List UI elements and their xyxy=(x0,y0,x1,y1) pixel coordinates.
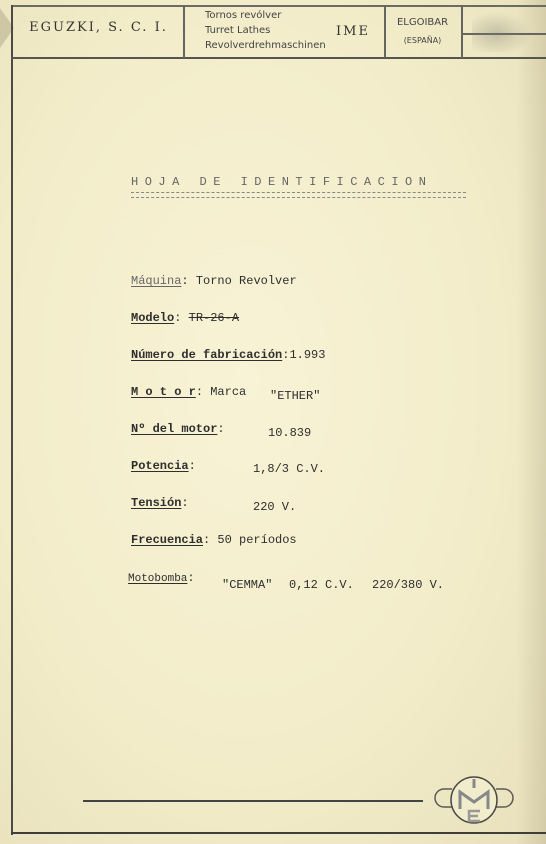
frame-left-border xyxy=(11,5,13,835)
field-label: Tensión xyxy=(131,496,181,510)
field-tension: Tensión: xyxy=(131,496,189,510)
field-label: Número de fabricación xyxy=(131,348,282,362)
field-tension-value: 220 V. xyxy=(253,500,296,514)
frame-bottom-border xyxy=(11,832,546,834)
field-motobomba: Motobomba: xyxy=(128,571,195,585)
product-en: Turret Lathes xyxy=(205,23,326,38)
brand-name: IME xyxy=(336,24,370,39)
field-potencia-value: 1,8/3 C.V. xyxy=(253,462,325,476)
field-value-prefix: Marca xyxy=(210,385,246,399)
field-value: 50 períodos xyxy=(217,533,296,547)
page-shadow xyxy=(516,0,546,844)
field-value: Torno Revolver xyxy=(196,274,297,288)
header-column-divider xyxy=(461,5,463,58)
field-modelo: Modelo: TR-26-A xyxy=(131,311,239,325)
header-divider xyxy=(11,57,546,59)
header-column-divider xyxy=(183,5,185,58)
motobomba-voltage: 220/380 V. xyxy=(372,578,444,592)
company-name: EGUZKI, S. C. I. xyxy=(14,20,183,35)
field-numero-motor: Nº del motor: xyxy=(131,422,225,436)
field-frecuencia: Frecuencia: 50 períodos xyxy=(131,533,297,547)
field-value: 1.993 xyxy=(289,348,325,362)
field-value: TR-26-A xyxy=(189,311,239,325)
field-label: Modelo xyxy=(131,311,174,325)
faded-stamp xyxy=(472,12,532,52)
field-label: Motobomba xyxy=(128,573,187,585)
motobomba-brand: "CEMMA" xyxy=(222,578,272,592)
product-list: Tornos revólver Turret Lathes Revolverdr… xyxy=(205,8,326,53)
field-label: M o t o r xyxy=(131,385,196,399)
document-page: EGUZKI, S. C. I. Tornos revólver Turret … xyxy=(0,0,546,844)
country: (ESPAÑA) xyxy=(384,36,461,45)
field-motor-value: "ETHER" xyxy=(270,389,320,403)
field-label: Nº del motor xyxy=(131,422,217,436)
field-numero-fabricacion: Número de fabricación:1.993 xyxy=(131,348,325,362)
field-label: Máquina xyxy=(131,274,181,288)
document-title: HOJA DE IDENTIFICACION xyxy=(131,175,432,189)
motobomba-power: 0,12 C.V. xyxy=(289,578,354,592)
field-motor: M o t o r: Marca xyxy=(131,385,246,399)
title-underline xyxy=(131,192,466,198)
city: ELGOIBAR xyxy=(384,17,461,28)
field-maquina: Máquina: Torno Revolver xyxy=(131,274,297,288)
ime-logo-icon xyxy=(432,775,522,825)
field-label: Frecuencia xyxy=(131,533,203,547)
signature-line xyxy=(83,800,423,802)
field-label: Potencia xyxy=(131,459,189,473)
product-de: Revolverdrehmaschinen xyxy=(205,38,326,53)
header-column-divider xyxy=(384,5,386,58)
field-potencia: Potencia: xyxy=(131,459,196,473)
product-es: Tornos revólver xyxy=(205,8,326,23)
frame-top-border xyxy=(11,5,546,7)
field-numero-motor-value: 10.839 xyxy=(268,426,311,440)
